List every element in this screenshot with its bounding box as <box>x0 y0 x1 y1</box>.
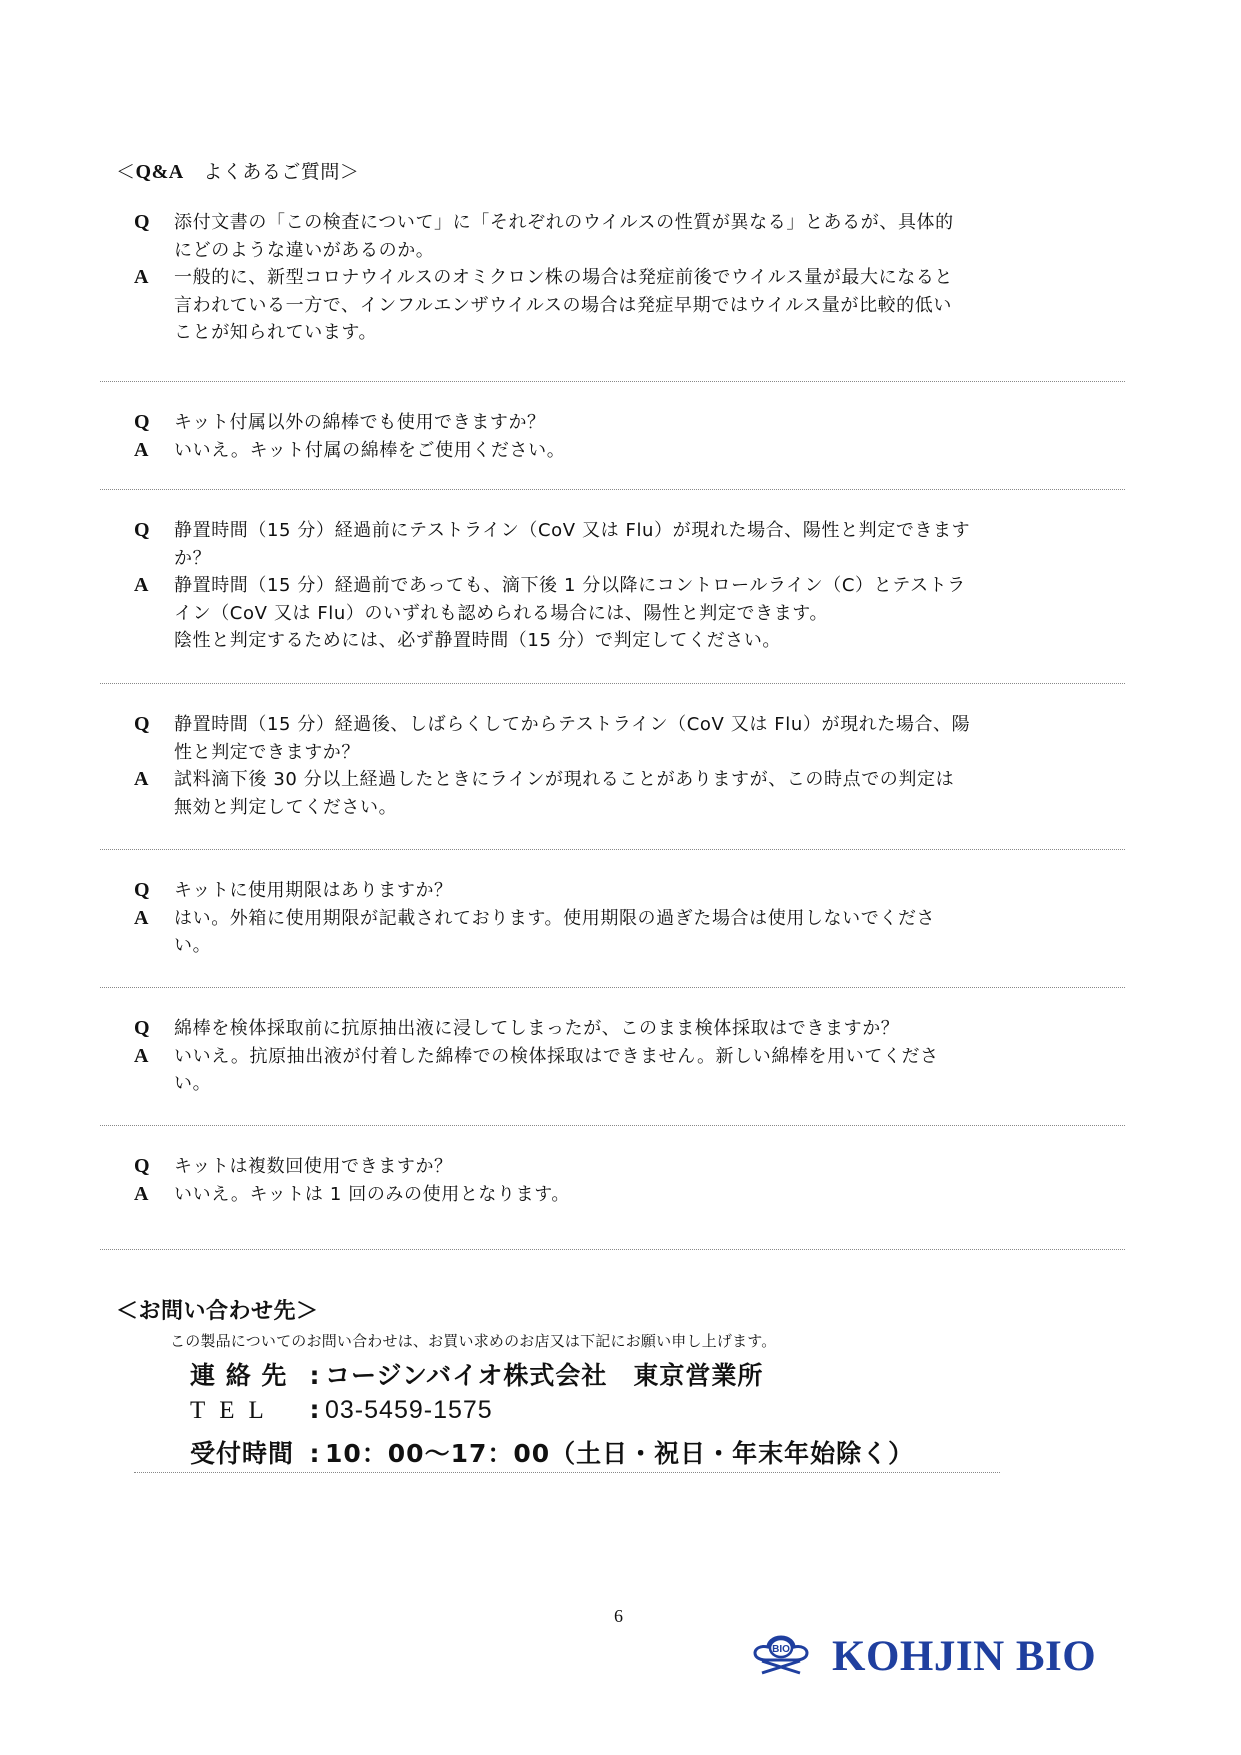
q-mark: Q <box>134 877 174 905</box>
faq-item-2: Q キット付属以外の綿棒でも使用できますか？ A いいえ。キット付属の綿棒をご使… <box>134 409 1114 464</box>
answer-row: A いいえ。抗原抽出液が付着した綿棒での検体採取はできません。新しい綿棒を用いて… <box>134 1043 1114 1098</box>
tel-label: TEL <box>190 1397 305 1425</box>
faq-item-5: Q キットに使用期限はありますか？ A はい。外箱に使用期限が記載されております… <box>134 877 1114 960</box>
company-label: 連 絡 先 <box>190 1356 305 1392</box>
faq-heading: ＜Q&A よくあるご質問＞ <box>116 157 359 184</box>
question-row: Q 静置時間（15 分）経過前にテストライン（CoV 又は Flu）が現れた場合… <box>134 517 1114 572</box>
heading-title: よくあるご質問＞ <box>203 161 359 183</box>
contact-company-line: 連 絡 先 : コージンバイオ株式会社 東京営業所 <box>190 1356 763 1392</box>
a-mark: A <box>134 437 174 465</box>
heading-bracket: ＜ <box>116 161 136 183</box>
question-row: Q キットは複数回使用できますか？ <box>134 1153 1114 1181</box>
answer-row: A はい。外箱に使用期限が記載されております。使用期限の過ぎた場合は使用しないで… <box>134 905 1114 960</box>
tel-value: 03-5459-1575 <box>325 1396 493 1425</box>
divider <box>100 683 1125 684</box>
separator: : <box>305 1361 325 1390</box>
question-text: キットに使用期限はありますか？ <box>174 877 1114 905</box>
answer-row: A 静置時間（15 分）経過前であっても、滴下後 1 分以降にコントロールライン… <box>134 572 1114 655</box>
answer-text: 静置時間（15 分）経過前であっても、滴下後 1 分以降にコントロールライン（C… <box>174 572 1114 655</box>
contact-heading: ＜お問い合わせ先＞ <box>116 1294 319 1325</box>
faq-item-4: Q 静置時間（15 分）経過後、しばらくしてからテストライン（CoV 又は Fl… <box>134 711 1114 821</box>
separator: : <box>305 1395 325 1424</box>
answer-row: A 試料滴下後 30 分以上経過したときにラインが現れることがありますが、この時… <box>134 766 1114 821</box>
divider <box>100 381 1125 382</box>
a-mark: A <box>134 572 174 655</box>
answer-text: 試料滴下後 30 分以上経過したときにラインが現れることがありますが、この時点で… <box>174 766 1114 821</box>
question-text: 添付文書の「この検査について」に「それぞれのウイルスの性質が異なる」とあるが、具… <box>174 209 1114 264</box>
question-text: 静置時間（15 分）経過後、しばらくしてからテストライン（CoV 又は Flu）… <box>174 711 1114 766</box>
question-row: Q 静置時間（15 分）経過後、しばらくしてからテストライン（CoV 又は Fl… <box>134 711 1114 766</box>
hours-value: 10：00～17：00（土日・祝日・年末年始除く） <box>325 1434 914 1470</box>
faq-item-1: Q 添付文書の「この検査について」に「それぞれのウイルスの性質が異なる」とあるが… <box>134 209 1114 347</box>
divider <box>100 849 1125 850</box>
bio-logo-icon: BIO <box>752 1633 810 1681</box>
q-mark: Q <box>134 711 174 766</box>
company-logo: BIO KOHJIN BIO <box>752 1632 1096 1681</box>
contact-intro: この製品についてのお問い合わせは、お買い求めのお店又は下記にお願い申し上げます。 <box>170 1330 777 1351</box>
faq-item-3: Q 静置時間（15 分）経過前にテストライン（CoV 又は Flu）が現れた場合… <box>134 517 1114 655</box>
contact-tel-line: TEL : 03-5459-1575 <box>190 1395 493 1425</box>
question-row: Q 添付文書の「この検査について」に「それぞれのウイルスの性質が異なる」とあるが… <box>134 209 1114 264</box>
divider <box>100 1249 1125 1250</box>
page-number: 6 <box>614 1606 623 1627</box>
question-text: キット付属以外の綿棒でも使用できますか？ <box>174 409 1114 437</box>
separator: : <box>305 1439 325 1468</box>
answer-row: A いいえ。キット付属の綿棒をご使用ください。 <box>134 437 1114 465</box>
a-mark: A <box>134 1043 174 1098</box>
company-value: コージンバイオ株式会社 東京営業所 <box>325 1356 763 1392</box>
answer-row: A いいえ。キットは 1 回のみの使用となります。 <box>134 1181 1114 1209</box>
answer-text: はい。外箱に使用期限が記載されております。使用期限の過ぎた場合は使用しないでくだ… <box>174 905 1114 960</box>
q-mark: Q <box>134 517 174 572</box>
answer-text: いいえ。キット付属の綿棒をご使用ください。 <box>174 437 1114 465</box>
logo-text: KOHJIN BIO <box>832 1632 1096 1681</box>
question-row: Q キットに使用期限はありますか？ <box>134 877 1114 905</box>
a-mark: A <box>134 905 174 960</box>
contact-hours-line: 受付時間 : 10：00～17：00（土日・祝日・年末年始除く） <box>190 1434 914 1470</box>
answer-text: いいえ。キットは 1 回のみの使用となります。 <box>174 1181 1114 1209</box>
q-mark: Q <box>134 1015 174 1043</box>
q-mark: Q <box>134 1153 174 1181</box>
question-text: 綿棒を検体採取前に抗原抽出液に浸してしまったが、このまま検体採取はできますか？ <box>174 1015 1114 1043</box>
a-mark: A <box>134 766 174 821</box>
question-row: Q 綿棒を検体採取前に抗原抽出液に浸してしまったが、このまま検体採取はできますか… <box>134 1015 1114 1043</box>
answer-text: 一般的に、新型コロナウイルスのオミクロン株の場合は発症前後でウイルス量が最大にな… <box>174 264 1114 347</box>
svg-text:BIO: BIO <box>772 1644 790 1655</box>
q-mark: Q <box>134 409 174 437</box>
a-mark: A <box>134 264 174 347</box>
question-text: 静置時間（15 分）経過前にテストライン（CoV 又は Flu）が現れた場合、陽… <box>174 517 1114 572</box>
a-mark: A <box>134 1181 174 1209</box>
contact-divider <box>134 1472 1000 1473</box>
answer-text: いいえ。抗原抽出液が付着した綿棒での検体採取はできません。新しい綿棒を用いてくだ… <box>174 1043 1114 1098</box>
q-mark: Q <box>134 209 174 264</box>
heading-qa: Q&A <box>136 161 184 183</box>
question-text: キットは複数回使用できますか？ <box>174 1153 1114 1181</box>
hours-label: 受付時間 <box>190 1434 305 1470</box>
divider <box>100 489 1125 490</box>
divider <box>100 987 1125 988</box>
answer-row: A 一般的に、新型コロナウイルスのオミクロン株の場合は発症前後でウイルス量が最大… <box>134 264 1114 347</box>
divider <box>100 1125 1125 1126</box>
question-row: Q キット付属以外の綿棒でも使用できますか？ <box>134 409 1114 437</box>
faq-item-6: Q 綿棒を検体採取前に抗原抽出液に浸してしまったが、このまま検体採取はできますか… <box>134 1015 1114 1098</box>
faq-item-7: Q キットは複数回使用できますか？ A いいえ。キットは 1 回のみの使用となり… <box>134 1153 1114 1208</box>
